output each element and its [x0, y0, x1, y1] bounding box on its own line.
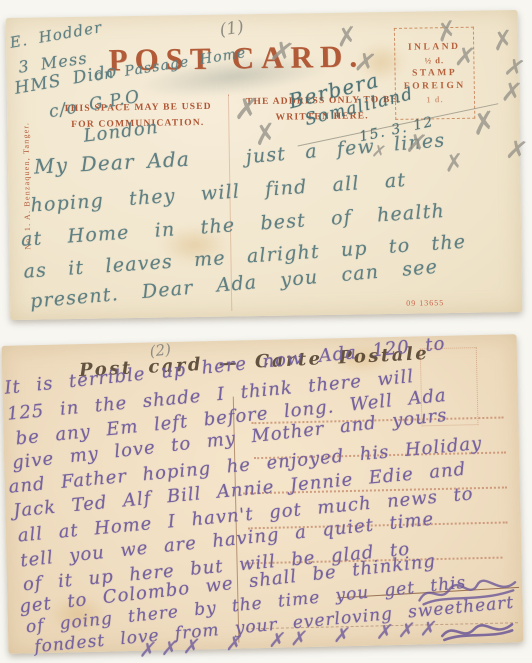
postcard-scan: POST CARD. THIS SPACE MAY BE USED FOR CO…: [0, 0, 532, 663]
pencil-number: (1): [218, 17, 245, 40]
kiss-x-mark: ✗: [453, 42, 477, 74]
plate-code: 09 13655: [406, 298, 444, 308]
kiss-x-mark: ✗: [443, 148, 466, 178]
stamp-box-line: STAMP: [412, 68, 457, 79]
message-line: My Dear Ada: [33, 147, 190, 179]
stamp-box: INLAND ½ d. STAMP FOREIGN 1 d.: [394, 27, 475, 120]
postcard-top: POST CARD. THIS SPACE MAY BE USED FOR CO…: [6, 10, 523, 320]
stamp-box-line: 1 d.: [426, 94, 443, 104]
signature-scribble: [438, 618, 517, 644]
kiss-x-mark: ✗: [404, 129, 429, 161]
pencil-number: (2): [149, 340, 172, 360]
kiss-x-mark: ✗: [504, 134, 530, 167]
signature-scribble: [415, 572, 520, 610]
stamp-box-line: ½ d.: [425, 55, 445, 65]
kiss-x-mark: ✗: [370, 141, 387, 163]
postcard-bottom: Post card — Carte Postale (2) It is terr…: [2, 334, 524, 654]
kiss-x-mark: ✗: [251, 116, 279, 152]
kiss-x-mark: ✗: [500, 77, 524, 108]
kiss-x-mark: ✗: [469, 105, 500, 144]
stamp-box-line: FOREIGN: [404, 81, 466, 92]
